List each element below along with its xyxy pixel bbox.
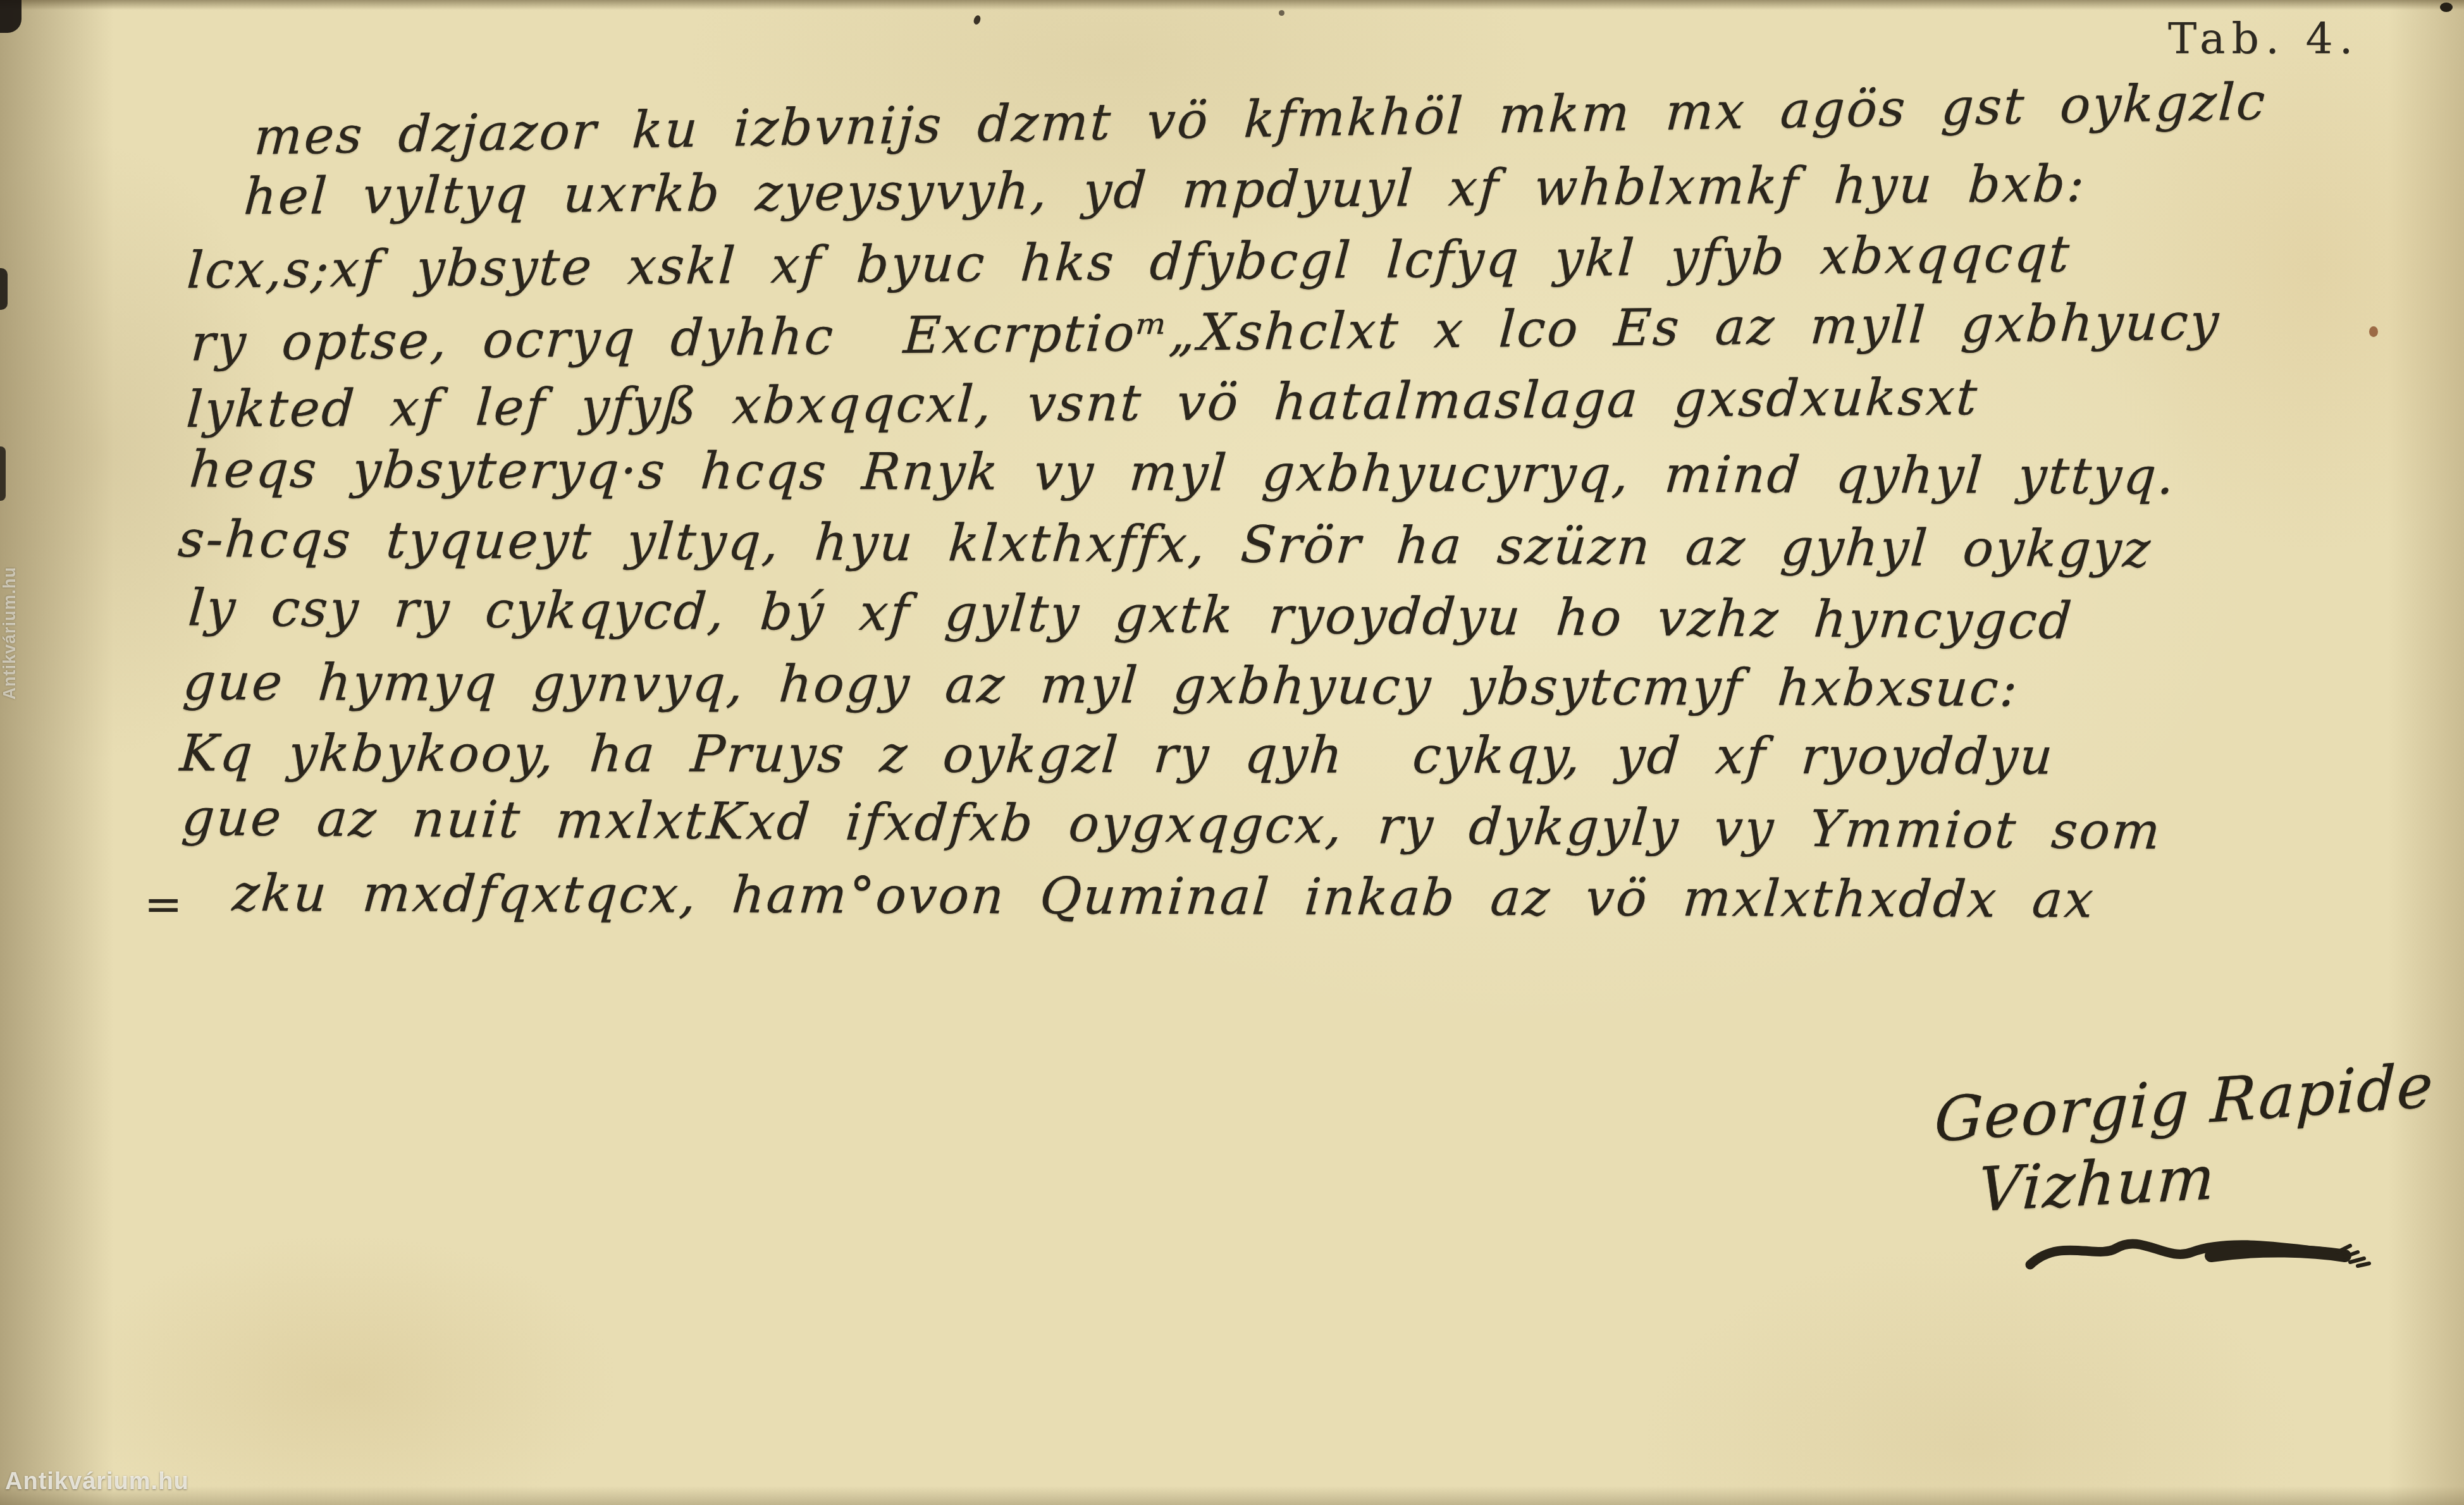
watermark-bottom-left: Antikvárium.hu: [5, 1468, 189, 1496]
plate-label: Tab. 4.: [2168, 14, 2359, 64]
manuscript-line-1: mes dzjazor ku izbvnijs dzmt vö kfmkhöl …: [253, 72, 2269, 166]
signature-line-2: Vizhum: [1976, 1142, 2217, 1225]
signature-flourish: [2021, 1220, 2375, 1286]
manuscript-line-4: ry optse, ocryq dyhhc Excrptioᵐ„Xshclxt …: [189, 292, 2222, 372]
manuscript-line-3: lcx,s;xf ybsyte xskl xf byuc hks dfybcgl…: [185, 224, 2073, 300]
manuscript-line-6: heqs ybsyteryq·s hcqs Rnyk vy myl gxbhyu…: [188, 440, 2178, 506]
manuscript-line-9: gue hymyq gynvyq, hogy az myl gxbhyucy y…: [182, 653, 2021, 718]
watermark-left-edge: Antikvárium.hu: [0, 567, 20, 700]
scanned-manuscript-page: Tab. 4. mes dzjazor ku izbvnijs dzmt vö …: [0, 0, 2464, 1505]
manuscript-line-11: gue az nuit mxlxtKxd ifxdfxb oygxqgcx, r…: [180, 788, 2164, 861]
manuscript-line-5: lykted xf lef yfyß xbxqqcxl, vsnt vö hat…: [185, 367, 1980, 439]
manuscript-line-2: hel vyltyq uxrkb zyeysyvyh, yd mpdyuyl x…: [242, 154, 2088, 226]
binding-edge-mark: [0, 268, 8, 310]
manuscript-line-8: ly csy ry cykqycd, bý xf gylty gxtk ryoy…: [186, 579, 2075, 651]
signature-line-1: Georgig Rapide: [1933, 1050, 2435, 1156]
binding-edge-mark: [0, 446, 6, 501]
manuscript-line-12: zku mxdfqxtqcx, ham°ovon Quminal inkab a…: [231, 864, 2097, 929]
ink-speck: [973, 15, 982, 26]
binding-edge-mark: [0, 0, 22, 33]
manuscript-line-10: Kq ykbykooy, ha Pruys z oykgzl ry qyh cy…: [178, 723, 2057, 785]
manuscript-line-7: s-hcqs tyqueyt yltyq, hyu klxthxffx, Srö…: [176, 510, 2154, 579]
margin-equals-mark: =: [144, 878, 182, 931]
rust-speck: [2369, 326, 2378, 337]
ink-speck: [1279, 10, 1284, 16]
ink-speck: [2440, 3, 2453, 12]
